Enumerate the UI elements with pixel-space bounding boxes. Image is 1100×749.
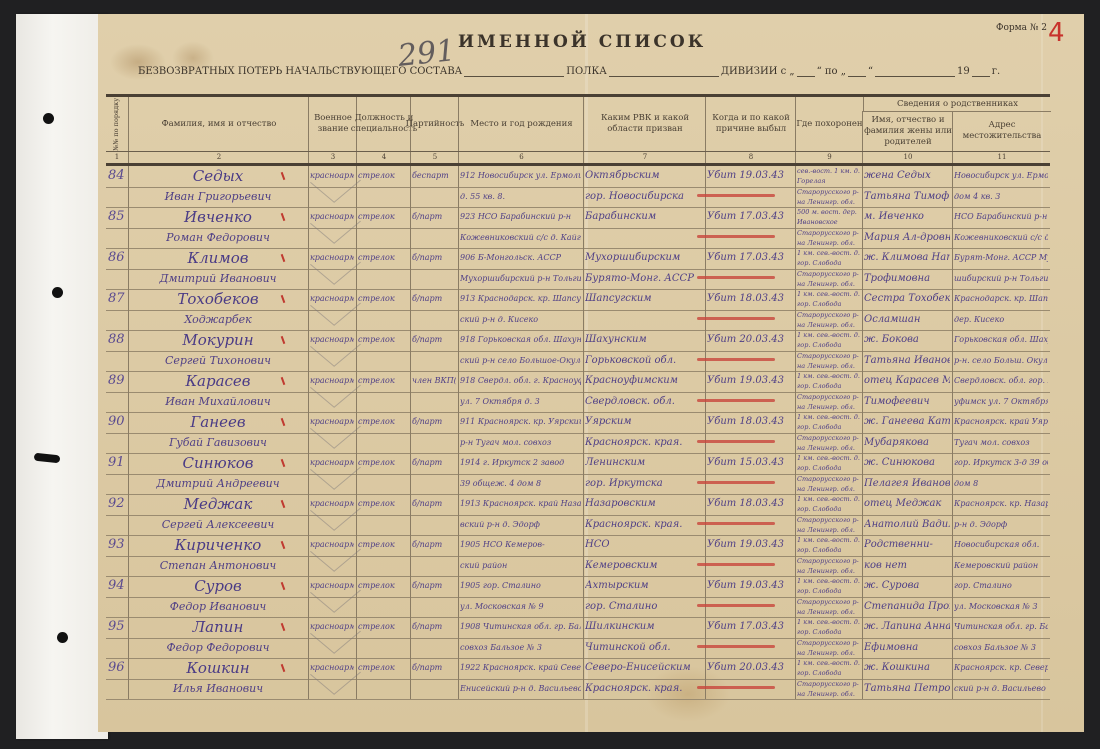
column-number: 11 xyxy=(952,152,1051,163)
birth-place-cont: ул. 7 Октября д. 3 xyxy=(460,392,581,412)
burial-place-cont: Старорусского р-на Ленингр. обл. xyxy=(797,351,860,371)
column-rule xyxy=(308,248,309,289)
relative-address: Новосибирск ул. Ермолинка xyxy=(954,166,1048,186)
draft-office: Мухоршибирским xyxy=(585,248,703,268)
burial-place-cont: Старорусского р-на Ленингр. обл. xyxy=(797,515,860,535)
column-rule xyxy=(458,248,459,289)
column-rule xyxy=(458,576,459,617)
birth-place-cont: ул. Московская № 9 xyxy=(460,597,581,617)
record-number: 85 xyxy=(108,207,126,227)
column-rule xyxy=(583,371,584,412)
col-position-header: Должность и специальность xyxy=(356,97,411,151)
column-rule xyxy=(356,535,357,576)
column-rule xyxy=(458,371,459,412)
surname: Кириченко xyxy=(130,535,306,555)
record-number: 84 xyxy=(108,166,126,186)
col-rvk-header: Каким РВК и какой области призван xyxy=(583,97,706,151)
burial-place: 1 км. сев.-вост. д. гор. Слобода xyxy=(797,453,860,473)
departure-reason: Убит 17.03.43 xyxy=(707,617,793,637)
red-underline-mark xyxy=(697,317,775,320)
punch-hole-torn xyxy=(34,453,61,464)
draft-office: Красноуфимским xyxy=(585,371,703,391)
column-rule xyxy=(308,658,309,699)
draft-office: Ахтырским xyxy=(585,576,703,596)
red-page-number: 4 xyxy=(1048,18,1065,48)
relative-name-cont: Пелагея Ивановна xyxy=(864,474,950,494)
given-names: Илья Иванович xyxy=(130,679,306,699)
column-rule xyxy=(410,617,411,658)
surname: Синюков xyxy=(130,453,306,473)
relative-name-cont: Ефимовна xyxy=(864,638,950,658)
column-rule xyxy=(952,535,953,576)
birth-place-cont: Мухоршибирский р-н Тольгинский с/с xyxy=(460,269,581,289)
party: б/парт xyxy=(412,617,456,637)
relative-name: Родственни- xyxy=(864,535,950,555)
departure-reason: Убит 19.03.43 xyxy=(707,535,793,555)
column-rule xyxy=(952,166,953,207)
column-rule xyxy=(458,412,459,453)
red-underline-mark xyxy=(697,686,775,689)
birth-place-cont: 39 общеж. 4 дом 8 xyxy=(460,474,581,494)
surname: Суров xyxy=(130,576,306,596)
draft-office: Назаровским xyxy=(585,494,703,514)
column-number: 4 xyxy=(356,152,411,163)
table-row: 93КириченкоСтепан Антоновичкрасноармстре… xyxy=(106,535,1050,576)
column-rule xyxy=(705,658,706,699)
column-rule xyxy=(128,658,129,699)
column-rule xyxy=(862,535,863,576)
position: стрелок xyxy=(358,289,408,309)
relative-address-cont: шибирский р-н Тольгинский с/совет xyxy=(954,269,1048,289)
column-rule xyxy=(862,412,863,453)
relative-address: Новосибирская обл. xyxy=(954,535,1048,555)
surname: Кошкин xyxy=(130,658,306,678)
surname: Ивченко xyxy=(130,207,306,227)
column-rule xyxy=(308,412,309,453)
draft-office-cont: Красноярск. края. xyxy=(585,433,703,453)
column-rule xyxy=(128,166,129,207)
burial-place: 1 км. сев.-вост. д. гор. Слобода xyxy=(797,494,860,514)
column-rule xyxy=(705,330,706,371)
column-rule xyxy=(705,617,706,658)
given-names: Сергей Алексеевич xyxy=(130,515,306,535)
column-rule xyxy=(410,412,411,453)
column-rule xyxy=(308,207,309,248)
column-rule xyxy=(705,576,706,617)
column-rule xyxy=(952,207,953,248)
position: стрелок xyxy=(358,453,408,473)
column-rule xyxy=(356,494,357,535)
column-rule xyxy=(862,617,863,658)
column-rule xyxy=(128,453,129,494)
column-rule xyxy=(862,576,863,617)
col-relatives-header: Имя, отчество и фамилия жены или родител… xyxy=(862,111,953,151)
given-names: Иван Григорьевич xyxy=(130,187,306,207)
column-rule xyxy=(410,453,411,494)
birth-place: 918 Свердл. обл. г. Красноуфимск xyxy=(460,371,581,391)
table-row: 84СедыхИван Григорьевичкрасноармстрелокб… xyxy=(106,166,1050,207)
column-rule xyxy=(308,330,309,371)
birth-place: 1914 г. Иркутск 2 завод xyxy=(460,453,581,473)
surname: Мокурин xyxy=(130,330,306,350)
column-rule xyxy=(705,453,706,494)
subtitle-part: ПОЛКА xyxy=(566,66,607,77)
birth-place: 923 НСО Барабинский р-н xyxy=(460,207,581,227)
relative-address: НСО Барабинский р-н xyxy=(954,207,1048,227)
birth-place: 1905 гор. Сталино xyxy=(460,576,581,596)
draft-office: НСО xyxy=(585,535,703,555)
table-row: 86КлимовДмитрий Ивановичкрасноармстрелок… xyxy=(106,248,1050,289)
column-rule xyxy=(705,289,706,330)
column-rule xyxy=(862,248,863,289)
column-rule xyxy=(795,289,796,330)
column-rule xyxy=(458,289,459,330)
draft-office: Северо-Енисейским xyxy=(585,658,703,678)
party: б/парт xyxy=(412,453,456,473)
draft-office-cont: Красноярск. края. xyxy=(585,679,703,699)
red-underline-mark xyxy=(697,604,775,607)
column-rule xyxy=(583,289,584,330)
departure-reason: Убит 20.03.43 xyxy=(707,330,793,350)
birth-place: 1905 НСО Кемеров- xyxy=(460,535,581,555)
relative-address-cont: совхоз Бальзое № 3 xyxy=(954,638,1048,658)
column-rule xyxy=(952,576,953,617)
burial-place-cont: Старорусского р-на Ленингр. обл. xyxy=(797,310,860,330)
position: стрелок xyxy=(358,207,408,227)
column-rule xyxy=(795,576,796,617)
surname: Климов xyxy=(130,248,306,268)
surname: Седых xyxy=(130,166,306,186)
position: стрелок xyxy=(358,535,408,555)
burial-place: 1 км. сев.-вост. д. гор. Слобода xyxy=(797,330,860,350)
column-rule xyxy=(128,371,129,412)
birth-place: 906 Б-Монгольск. АССР xyxy=(460,248,581,268)
punch-hole xyxy=(43,113,54,124)
relative-name: Сестра Тохобекова xyxy=(864,289,950,309)
burial-place: сев.-вост. 1 км. д. Горелая xyxy=(797,166,860,186)
relative-address: гор. Иркутск 3-д 39 общеж. 4 xyxy=(954,453,1048,473)
surname: Меджак xyxy=(130,494,306,514)
table-row: 90ГанеевГубай Гавизовичкрасноармстрелокб… xyxy=(106,412,1050,453)
birth-place: 911 Красноярск. кр. Уярский xyxy=(460,412,581,432)
column-rule xyxy=(583,207,584,248)
relative-name-cont: Осламшан xyxy=(864,310,950,330)
burial-place: 1 км. сев.-вост. д. гор. Слобода xyxy=(797,412,860,432)
document-subtitle: БЕЗВОЗВРАТНЫХ ПОТЕРЬ НАЧАЛЬСТВУЮЩЕГО СОС… xyxy=(138,66,1038,77)
red-underline-mark xyxy=(697,645,775,648)
red-underline-mark xyxy=(697,481,775,484)
burial-place: 1 км. сев.-вост. д. гор. Слобода xyxy=(797,371,860,391)
birth-place-cont: вский р-н д. Эдорф xyxy=(460,515,581,535)
column-numbers-row: 1234567891011 xyxy=(106,152,1050,166)
column-rule xyxy=(458,658,459,699)
relative-name: ж. Климова Наталья xyxy=(864,248,950,268)
red-underline-mark xyxy=(697,194,775,197)
column-rule xyxy=(128,248,129,289)
column-rule xyxy=(356,330,357,371)
column-rule xyxy=(128,576,129,617)
relative-address-cont: дер. Кисеко xyxy=(954,310,1048,330)
relative-name: ж. Бокова xyxy=(864,330,950,350)
given-names: Федор Иванович xyxy=(130,597,306,617)
position: стрелок xyxy=(358,371,408,391)
party: б/парт xyxy=(412,289,456,309)
relative-name-cont: Степанида Прохоровна xyxy=(864,597,950,617)
position: стрелок xyxy=(358,576,408,596)
relative-address: Бурят-Монг. АССР Мухор- xyxy=(954,248,1048,268)
column-rule xyxy=(795,330,796,371)
column-rule xyxy=(952,248,953,289)
column-rule xyxy=(795,166,796,207)
table-row: 92МеджакСергей Алексеевичкрасноармстрело… xyxy=(106,494,1050,535)
column-rule xyxy=(952,412,953,453)
draft-office-cont: Горьковской обл. xyxy=(585,351,703,371)
column-rule xyxy=(308,166,309,207)
column-rule xyxy=(128,207,129,248)
column-rule xyxy=(952,494,953,535)
column-rule xyxy=(862,494,863,535)
blank-field-regiment xyxy=(464,75,564,77)
column-rule xyxy=(128,330,129,371)
departure-reason: Убит 18.03.43 xyxy=(707,412,793,432)
party: б/парт xyxy=(412,207,456,227)
given-names: Дмитрий Иванович xyxy=(130,269,306,289)
birth-place: 913 Краснодарск. кр. Шапсуг- xyxy=(460,289,581,309)
column-rule xyxy=(356,289,357,330)
column-rule xyxy=(356,412,357,453)
draft-office: Уярским xyxy=(585,412,703,432)
binding-strip xyxy=(16,14,108,739)
column-number: 3 xyxy=(308,152,357,163)
relative-address: Свердловск. обл. гор. Красно- xyxy=(954,371,1048,391)
column-rule xyxy=(795,494,796,535)
column-header-label: Место и год рождения xyxy=(470,119,572,130)
draft-office-cont: Красноярск. края. xyxy=(585,515,703,535)
table-row: 87ТохобековХоджарбеккрасноармстрелокб/па… xyxy=(106,289,1050,330)
column-rule xyxy=(410,535,411,576)
red-underline-mark xyxy=(697,399,775,402)
column-header-label: Каким РВК и какой области призван xyxy=(584,113,706,135)
relative-address-cont: Кемеровский район xyxy=(954,556,1048,576)
column-rule xyxy=(705,535,706,576)
draft-office-cont: Читинской обл. xyxy=(585,638,703,658)
relative-name: ж. Синюкова xyxy=(864,453,950,473)
relative-name-cont: Трофимовна xyxy=(864,269,950,289)
form-label: Форма № 2 xyxy=(996,23,1047,33)
draft-office: Шахунским xyxy=(585,330,703,350)
burial-place: 1 км. сев.-вост. д. гор. Слобода xyxy=(797,248,860,268)
red-underline-mark xyxy=(697,522,775,525)
document-page: 291 ИМЕННОЙ СПИСОК Форма № 2 4 БЕЗВОЗВРА… xyxy=(98,14,1084,732)
relative-name: жена Седых xyxy=(864,166,950,186)
surname: Лапин xyxy=(130,617,306,637)
relative-address-cont: дом 4 кв. 3 xyxy=(954,187,1048,207)
party: б/парт xyxy=(412,330,456,350)
column-rule xyxy=(308,494,309,535)
column-rule xyxy=(356,207,357,248)
draft-office: Ленинским xyxy=(585,453,703,473)
column-rule xyxy=(410,289,411,330)
relative-address-cont: р-н. село Больш. Окулово xyxy=(954,351,1048,371)
relative-address-cont: Тугач мол. совхоз xyxy=(954,433,1048,453)
draft-office: Шилкинским xyxy=(585,617,703,637)
relative-address-cont: Кожевниковский с/с д. Кайгородов xyxy=(954,228,1048,248)
subtitle-part: ДИВИЗИИ с „ xyxy=(721,66,795,77)
relative-name: ж. Ганеева Катя xyxy=(864,412,950,432)
table-row: 96КошкинИлья Ивановичкрасноармстрелокб/п… xyxy=(106,658,1050,699)
party: беспарт xyxy=(412,166,456,186)
col-address-header: Адрес местожительства xyxy=(952,111,1051,151)
birth-place: 918 Горьковская обл. Шахунь- xyxy=(460,330,581,350)
position: стрелок xyxy=(358,494,408,514)
departure-reason: Убит 19.03.43 xyxy=(707,371,793,391)
relative-name: ж. Лапина Анна xyxy=(864,617,950,637)
column-rule xyxy=(705,248,706,289)
column-rule xyxy=(583,617,584,658)
column-header-label: Где похоронен xyxy=(796,119,862,130)
column-rule xyxy=(862,289,863,330)
column-rule xyxy=(308,576,309,617)
column-header-label: Когда и по какой причине выбыл xyxy=(706,113,796,135)
column-header-label: Адрес местожительства xyxy=(953,120,1051,142)
relative-name-cont: ков нет xyxy=(864,556,950,576)
column-rule xyxy=(458,207,459,248)
column-rule xyxy=(862,371,863,412)
surname: Тохобеков xyxy=(130,289,306,309)
burial-place: 1 км. сев.-вост. д. гор. Слобода xyxy=(797,535,860,555)
column-rule xyxy=(583,330,584,371)
subtitle-part: г. xyxy=(992,66,1000,77)
relative-address-cont: ул. Московская № 3 xyxy=(954,597,1048,617)
relative-address: Горьковская обл. Шахунский xyxy=(954,330,1048,350)
burial-place-cont: Старорусского р-на Ленингр. обл. xyxy=(797,269,860,289)
draft-office: Шапсугским xyxy=(585,289,703,309)
column-number: 8 xyxy=(705,152,796,163)
relative-name-cont: Татьяна Ивановна xyxy=(864,351,950,371)
relative-address-cont: уфимск ул. 7 Октября д. 3 xyxy=(954,392,1048,412)
departure-reason: Убит 18.03.43 xyxy=(707,289,793,309)
column-rule xyxy=(705,166,706,207)
record-number: 88 xyxy=(108,330,126,350)
birth-place-cont: д. 55 кв. 8. xyxy=(460,187,581,207)
party: б/парт xyxy=(412,535,456,555)
column-rule xyxy=(410,166,411,207)
burial-place-cont: Старорусского р-на Ленингр. обл. xyxy=(797,433,860,453)
table-row: 88МокуринСергей Тихоновичкрасноармстрело… xyxy=(106,330,1050,371)
departure-reason: Убит 19.03.43 xyxy=(707,576,793,596)
departure-reason: Убит 18.03.43 xyxy=(707,494,793,514)
column-rule xyxy=(952,453,953,494)
column-rule xyxy=(583,494,584,535)
col-birth-header: Место и год рождения xyxy=(458,97,584,151)
record-number: 94 xyxy=(108,576,126,596)
table-row: 91СинюковДмитрий Андреевичкрасноармстрел… xyxy=(106,453,1050,494)
given-names: Роман Федорович xyxy=(130,228,306,248)
column-number: 10 xyxy=(862,152,953,163)
column-rule xyxy=(128,412,129,453)
draft-office-cont xyxy=(585,310,703,330)
burial-place-cont: Старорусского р-на Ленингр. обл. xyxy=(797,638,860,658)
relative-name-cont: Мубарякова xyxy=(864,433,950,453)
birth-place-cont: совхоз Бальзое № 3 xyxy=(460,638,581,658)
birth-place-cont: ский район xyxy=(460,556,581,576)
birth-place: 1922 Красноярск. край Северо- xyxy=(460,658,581,678)
record-number: 90 xyxy=(108,412,126,432)
column-rule xyxy=(458,494,459,535)
relative-name: отец Карасев Михаил xyxy=(864,371,950,391)
column-rule xyxy=(356,248,357,289)
relative-address: Красноярск. кр. Северо-Енисей- xyxy=(954,658,1048,678)
draft-office-cont: Свердловск. обл. xyxy=(585,392,703,412)
column-rule xyxy=(795,371,796,412)
column-number: 1 xyxy=(106,152,128,163)
draft-office-cont: Бурято-Монг. АССР xyxy=(585,269,703,289)
column-rule xyxy=(795,658,796,699)
burial-place: 1 км. сев.-вост. д. гор. Слобода xyxy=(797,576,860,596)
column-number: 2 xyxy=(128,152,309,163)
column-number: 6 xyxy=(458,152,584,163)
column-rule xyxy=(458,330,459,371)
relative-address-cont: дом 8 xyxy=(954,474,1048,494)
position: стрелок xyxy=(358,658,408,678)
column-rule xyxy=(458,617,459,658)
burial-place-cont: Старорусского р-на Ленингр. обл. xyxy=(797,187,860,207)
table-row: 85ИвченкоРоман Федоровичкрасноармстрелок… xyxy=(106,207,1050,248)
column-rule xyxy=(952,371,953,412)
burial-place: 500 м. вост. дер. Ивановское xyxy=(797,207,860,227)
column-header-label: Имя, отчество и фамилия жены или родител… xyxy=(863,115,953,148)
birth-place-cont: р-н Тугач мол. совхоз xyxy=(460,433,581,453)
given-names: Дмитрий Андреевич xyxy=(130,474,306,494)
column-rule xyxy=(356,166,357,207)
column-number: 7 xyxy=(583,152,706,163)
col-full-name-header: Фамилия, имя и отчество xyxy=(128,97,309,151)
party: б/парт xyxy=(412,494,456,514)
relative-address: Красноярск. кр. Назаровский xyxy=(954,494,1048,514)
departure-reason: Убит 15.03.43 xyxy=(707,453,793,473)
column-rule xyxy=(952,658,953,699)
party: член ВКП(б) xyxy=(412,371,456,391)
column-rule xyxy=(458,453,459,494)
record-number: 93 xyxy=(108,535,126,555)
column-rule xyxy=(795,248,796,289)
column-rule xyxy=(128,289,129,330)
blank-field-year xyxy=(972,75,990,77)
relative-address-cont: р-н д. Эдорф xyxy=(954,515,1048,535)
party: б/парт xyxy=(412,248,456,268)
relative-name-cont: Тимофеевич xyxy=(864,392,950,412)
column-rule xyxy=(795,207,796,248)
relative-name: ж. Кошкина xyxy=(864,658,950,678)
column-rule xyxy=(862,166,863,207)
subtitle-part: БЕЗВОЗВРАТНЫХ ПОТЕРЬ НАЧАЛЬСТВУЮЩЕГО СОС… xyxy=(138,66,462,77)
column-rule xyxy=(128,617,129,658)
column-rule xyxy=(308,617,309,658)
column-rule xyxy=(705,207,706,248)
position: стрелок xyxy=(358,166,408,186)
casualty-table: Сведения о родственниках№№ по порядкуФам… xyxy=(106,94,1050,699)
column-rule xyxy=(583,412,584,453)
relative-address: Краснодарск. кр. Шапсугский р-н xyxy=(954,289,1048,309)
birth-place-cont: Енисейский р-н д. Васильево xyxy=(460,679,581,699)
column-number: 9 xyxy=(795,152,863,163)
party: б/парт xyxy=(412,412,456,432)
position: стрелок xyxy=(358,617,408,637)
birth-place-cont: Кожевниковский с/с д. Кайгородов xyxy=(460,228,581,248)
burial-place: 1 км. сев.-вост. д. гор. Слобода xyxy=(797,289,860,309)
column-rule xyxy=(952,289,953,330)
column-header-label: Фамилия, имя и отчество xyxy=(162,119,277,130)
